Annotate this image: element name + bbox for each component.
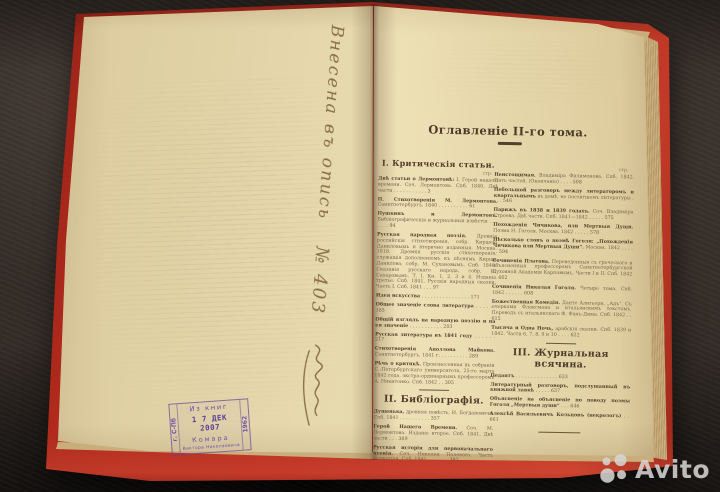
ex-libris-stamp: г. С-Пб Из книг 1 7 ДЕК 2007 Комара Викт… <box>168 398 251 455</box>
page-ref: 622 <box>570 333 579 338</box>
toc-entry: Неистощимая. Владиміра Филимонова. Спб. … <box>494 173 634 187</box>
page-ref: 185 <box>376 308 385 313</box>
page-ref: 508 <box>573 180 582 185</box>
toc-entry: Идея искусства . . . . . . . . . . . . .… <box>376 294 496 302</box>
page-ref: 3 <box>428 189 431 194</box>
toc-entry: Двѣ статьи о Лермонтовѣ: I. Герой нашего… <box>378 177 498 197</box>
toc-entry: Пушкинъ и Лермонтовъ. Библіографическія … <box>377 212 497 232</box>
toc-entry: Общій взглядъ на народную поэзію и на ея… <box>375 317 495 331</box>
section-divider <box>419 390 449 392</box>
page-ref: 608 <box>524 291 533 296</box>
toc-entry: Педантъ . . . . . . . . . . . . . . 633 <box>490 373 630 381</box>
toc-entry: II. Стихотворенія М. Лермонтова. Санктпе… <box>378 197 498 211</box>
page-ref: 646 <box>570 404 579 409</box>
toc-entry: Нѣсколько словъ о поэмѣ Гоголя: „Похожде… <box>493 238 633 258</box>
toc-entry: Алексѣй Васильевичъ Кольцовъ (некрологъ)… <box>489 412 629 426</box>
avito-wordmark: Avito <box>635 457 710 482</box>
stamp-owner-name: Виктора Николаевича <box>181 443 241 452</box>
section-heading-2: II. Библіографія. <box>374 394 494 407</box>
toc-entry: Тысяча и Одна Ночь, арабскія сказки. Спб… <box>491 326 631 340</box>
stamp-date: 1 7 ДЕК 2007 <box>179 412 240 434</box>
page-ref: 61 <box>469 205 475 210</box>
page-ref: 97 <box>433 286 439 291</box>
photo-background: Внесена въ опись№ 403 г. С-Пб Из книг 1 … <box>0 0 720 492</box>
text-bleed-through-right <box>430 38 620 104</box>
page-ref: 289 <box>469 354 478 359</box>
page-ref: 575 <box>605 216 614 221</box>
page-ref: 94 <box>389 224 395 229</box>
title-rule <box>498 142 522 145</box>
page-ref: 637 <box>551 389 560 394</box>
toc-entry: Рѣчь о критикѣ. Произнесенная въ собрані… <box>374 362 494 387</box>
toc-entry: Русская литература въ 1841 году . . . . … <box>375 332 495 346</box>
toc-entry: Общее значеніе слова литература . . . . … <box>376 303 496 317</box>
toc-entry: Душенька, древняя повѣсть, И. Богданович… <box>373 410 493 424</box>
page-ref: 382 <box>449 458 458 463</box>
toc-right-column: стр. Неистощимая. Владиміра Филимонова. … <box>489 166 634 438</box>
page-ref: 171 <box>470 295 479 300</box>
page-ref: 602 <box>498 276 507 281</box>
toc-entry: Небольшой разговоръ между литераторомъ и… <box>494 188 634 208</box>
toc-entry: Литературный разговоръ, подслушанный въ … <box>490 382 630 396</box>
page-ref: 357 <box>431 417 440 422</box>
toc-left-column: I. Критическія статьи. стр. Двѣ статьи о… <box>373 158 499 469</box>
inscription-number: № 403 <box>307 246 333 316</box>
toc-entry: Стихотворенія Аполлона Майкова. Санктпет… <box>375 347 495 361</box>
section-heading-3: III. Журнальная всячина. <box>491 346 631 371</box>
section-heading-1: I. Критическія статьи. <box>378 158 498 170</box>
page-ref: 369 <box>398 437 407 442</box>
avito-logo-icon <box>598 453 630 485</box>
page-ref: 594 <box>499 249 508 254</box>
avito-watermark: Avito <box>598 453 710 485</box>
end-divider <box>538 431 580 433</box>
page-ref: 615 <box>491 317 500 322</box>
toc-entry: Похожденія Чичикова, или Мертвыя Души. П… <box>493 223 633 237</box>
page-ref: 661 <box>489 418 498 423</box>
toc-entry: Божественная Комедія. Данте Алигьери. „А… <box>491 299 631 325</box>
page-ref: 633 <box>559 375 568 380</box>
page-ref: 203 <box>443 324 452 329</box>
page-ref: 217 <box>375 338 384 343</box>
page-ref: 578 <box>590 231 599 236</box>
page-ref: 546 <box>503 199 512 204</box>
toc-entry: Герой Нашего Времени. Соч. М. Лермонтова… <box>373 425 493 445</box>
toc-entry: Русская народная поэзія. Древнія российс… <box>376 232 497 292</box>
table-of-contents: Оглавленіе II-го тома. I. Критическія ст… <box>371 121 643 460</box>
toc-entry: Русская исторія для первоначальнаго чтен… <box>373 445 493 465</box>
page-ref: 305 <box>445 380 454 385</box>
toc-entry: Сочиненія Платона. Переведенныя съ грече… <box>492 258 632 284</box>
open-book: Внесена въ опись№ 403 г. С-Пб Из книг 1 … <box>0 0 720 492</box>
toc-entry: Объясненіе на объясненіе по поводу поэмы… <box>490 397 630 411</box>
toc-entry: Парижъ въ 1838 и 1839 годахъ. Соч. Влади… <box>493 208 633 222</box>
toc-entry: Сочиненія Николая Гоголя. Четыре тома. С… <box>492 285 632 299</box>
section-divider <box>546 342 576 344</box>
